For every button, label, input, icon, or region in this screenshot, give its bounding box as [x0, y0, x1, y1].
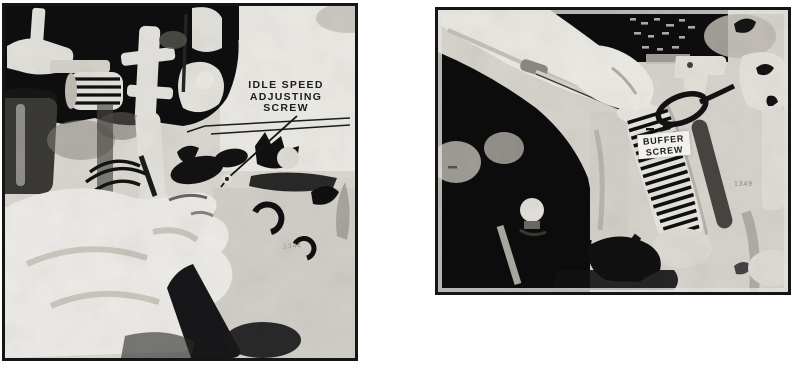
photo-number-left: 1344 [283, 243, 302, 251]
idle-speed-photo [5, 6, 355, 358]
idle-speed-callout-line3: SCREW [210, 103, 362, 115]
manual-page: { "figures": [ { "callout_lines": ["IDLE… [0, 0, 800, 367]
idle-speed-callout: IDLE SPEED ADJUSTING SCREW [210, 80, 362, 115]
idle-speed-callout-line1: IDLE SPEED [210, 80, 362, 92]
buffer-screw-photo-figure: BUFFER SCREW 1349 [435, 7, 791, 295]
buffer-screw-photo [438, 10, 788, 292]
photo-number-right: 1349 [734, 181, 753, 188]
idle-speed-photo-figure: IDLE SPEED ADJUSTING SCREW 1344 [2, 3, 358, 361]
buffer-screw-tag: BUFFER SCREW [637, 131, 691, 159]
